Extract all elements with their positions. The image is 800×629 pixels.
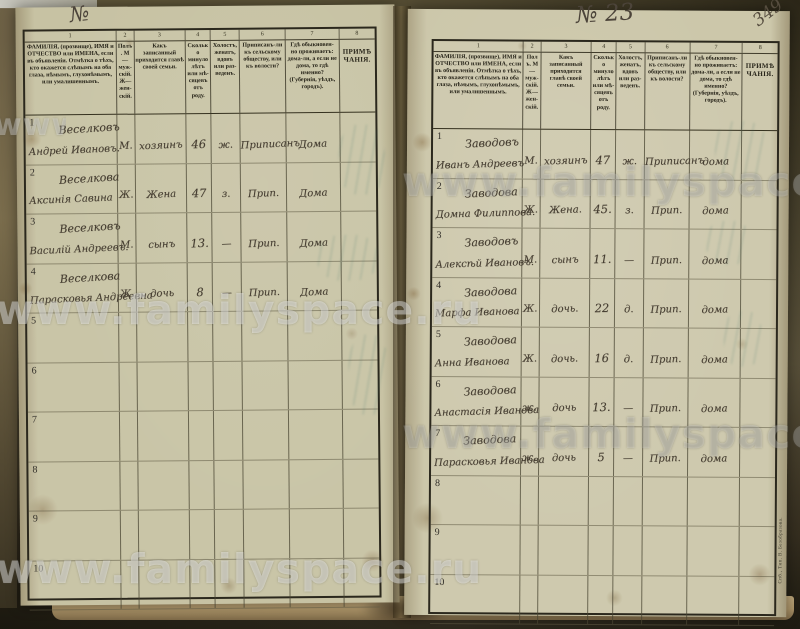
residence-cell bbox=[687, 477, 740, 526]
column-number: 1 bbox=[25, 31, 117, 42]
residence-cell bbox=[687, 576, 740, 625]
society-value bbox=[245, 595, 290, 597]
row-number: 4 bbox=[436, 280, 441, 291]
marital-cell: — bbox=[614, 378, 643, 427]
book-cover-edge bbox=[0, 8, 17, 608]
society-cell bbox=[242, 311, 288, 360]
marital-value bbox=[215, 496, 243, 497]
residence-value bbox=[290, 544, 342, 546]
book-photo: № 1 2 3 4 5 6 7 8 ФАМИЛІЯ, (прозвище), И… bbox=[0, 0, 800, 629]
society-value: Прип. bbox=[241, 188, 286, 201]
note-value bbox=[344, 544, 379, 546]
society-value: Прип. bbox=[643, 403, 687, 415]
name-cell: 5 Заводова Анна Иванова bbox=[432, 327, 523, 376]
sex-cell bbox=[521, 526, 538, 575]
sex-cell: Ж. bbox=[522, 328, 539, 377]
table-row: 5 bbox=[27, 311, 377, 364]
ledger-page-left: № 1 2 3 4 5 6 7 8 ФАМИЛІЯ, (прозвище), И… bbox=[15, 4, 399, 605]
table-row: 4 Заводова Марфа Иванова Ж. дочь. 22 д. … bbox=[432, 277, 776, 329]
row-number: 7 bbox=[435, 428, 440, 439]
residence-cell: дома bbox=[688, 428, 741, 477]
society-cell: Прип. bbox=[643, 427, 688, 476]
table-row: 7 Заводова Парасковья Иванова ж. дочь 5 … bbox=[431, 426, 775, 478]
marital-cell: д. bbox=[615, 279, 644, 328]
sex-cell bbox=[121, 560, 139, 609]
row-number: 9 bbox=[33, 513, 38, 524]
header-society: Приписанъ-ли къ сельскому обществу, или … bbox=[240, 40, 286, 112]
marital-value: з. bbox=[615, 205, 643, 217]
society-cell bbox=[642, 576, 687, 625]
relation-cell: сынъ bbox=[540, 229, 591, 278]
table-row: 10 bbox=[430, 574, 774, 626]
note-value bbox=[343, 445, 378, 447]
notes-cell bbox=[344, 558, 380, 607]
row-number: 5 bbox=[436, 329, 441, 340]
residence-value: дома bbox=[688, 452, 740, 464]
marital-cell: — bbox=[213, 262, 242, 311]
relation-cell bbox=[137, 411, 189, 460]
row-number: 3 bbox=[30, 217, 35, 228]
name-cell: 3 Веселковъ Василій Андреевъ. bbox=[26, 214, 118, 263]
relation-cell: дочь bbox=[136, 263, 188, 312]
age-cell: 8 bbox=[188, 262, 214, 311]
sex-cell bbox=[521, 476, 538, 525]
column-number: 5 bbox=[617, 42, 646, 52]
society-cell bbox=[642, 477, 687, 526]
name-cell: 7 Заводова Парасковья Иванова bbox=[431, 426, 522, 475]
name-cell: 8 bbox=[28, 461, 120, 510]
ink-bleed-through bbox=[715, 121, 767, 181]
given-name-handwriting: Анна Иванова bbox=[435, 356, 510, 369]
residence-cell bbox=[687, 527, 740, 576]
row-number: 7 bbox=[32, 414, 37, 425]
table-body-left: 1 Веселковъ Андрей Ивановъ. М. хозяинъ 4… bbox=[25, 113, 379, 611]
notes-cell bbox=[740, 428, 775, 477]
marital-cell bbox=[215, 559, 244, 608]
row-number: 1 bbox=[29, 118, 34, 129]
age-value: 47 bbox=[591, 152, 615, 167]
sex-value bbox=[120, 448, 136, 449]
residence-value: дома bbox=[689, 205, 741, 217]
marital-cell bbox=[613, 576, 642, 625]
ink-bleed-through bbox=[348, 334, 389, 414]
note-value bbox=[740, 513, 775, 514]
society-value bbox=[243, 347, 288, 349]
note-value bbox=[740, 464, 775, 465]
surname-handwriting: Заводова bbox=[463, 383, 517, 398]
census-table-left: 1 2 3 4 5 6 7 8 ФАМИЛІЯ, (прозвище), ИМЯ… bbox=[23, 27, 382, 601]
table-row: 6 bbox=[27, 360, 377, 413]
society-value bbox=[243, 397, 288, 399]
age-value: 8 bbox=[188, 285, 213, 300]
name-cell: 6 Заводова Анастасія Иванова bbox=[431, 376, 522, 425]
ink-bleed-through bbox=[724, 311, 762, 367]
column-number: 1 bbox=[434, 41, 525, 52]
row-number: 8 bbox=[435, 478, 440, 489]
relation-value: дочь bbox=[539, 452, 589, 464]
age-cell bbox=[588, 575, 613, 624]
printer-imprint: Спб., Тип. В. Безобразова. bbox=[778, 517, 783, 583]
age-value: 22 bbox=[590, 301, 614, 316]
relation-cell bbox=[538, 476, 589, 525]
note-value bbox=[742, 216, 777, 217]
residence-value bbox=[687, 513, 739, 514]
sex-value: М. bbox=[523, 254, 539, 265]
relation-cell: дочь. bbox=[539, 328, 590, 377]
society-cell bbox=[244, 559, 290, 608]
header-name: ФАМИЛІЯ, (прозвище), ИМЯ и ОТЧЕСТВО или … bbox=[433, 52, 524, 129]
header-notes: ПРИМѢЧАНІЯ. bbox=[339, 40, 375, 112]
sex-cell: Ж. bbox=[119, 263, 137, 312]
relation-cell: дочь bbox=[539, 427, 590, 476]
given-name-handwriting: Василій Андреевъ. bbox=[29, 241, 128, 256]
surname-handwriting: Заводовъ bbox=[465, 135, 519, 150]
name-cell: 10 bbox=[29, 560, 121, 609]
relation-value bbox=[137, 397, 187, 399]
marital-cell: ж. bbox=[616, 130, 645, 179]
sex-value: Ж. bbox=[522, 303, 538, 314]
sex-value: Ж. bbox=[118, 189, 135, 201]
age-value bbox=[191, 596, 215, 597]
notes-cell bbox=[343, 509, 379, 558]
column-number: 3 bbox=[541, 42, 592, 52]
age-value: 47 bbox=[187, 186, 212, 201]
age-cell: 11. bbox=[590, 229, 615, 278]
given-name-handwriting: Аксинія Савина bbox=[29, 192, 113, 207]
surname-handwriting: Веселкова bbox=[59, 269, 120, 286]
society-value: Приписанъ bbox=[241, 138, 286, 151]
header-society: Приписанъ-ли къ сельскому обществу, или … bbox=[645, 53, 691, 129]
age-cell bbox=[188, 361, 214, 410]
given-name-handwriting: Домна Филиппова. bbox=[435, 207, 535, 221]
age-value: 11. bbox=[590, 251, 614, 266]
age-cell bbox=[589, 526, 614, 575]
relation-value: сынъ bbox=[136, 238, 187, 251]
handwritten-folio-number: 349 bbox=[749, 0, 787, 31]
note-value bbox=[740, 563, 775, 564]
notes-cell bbox=[740, 477, 775, 526]
residence-value: дома bbox=[688, 403, 740, 415]
age-cell: 47 bbox=[591, 130, 616, 179]
name-cell: 10 bbox=[430, 574, 521, 623]
marital-value: з. bbox=[212, 188, 241, 200]
residence-cell bbox=[288, 311, 342, 360]
society-value: Прип. bbox=[241, 237, 286, 250]
notes-cell bbox=[742, 180, 777, 229]
age-cell: 22 bbox=[590, 278, 615, 327]
marital-value bbox=[216, 595, 244, 596]
age-value bbox=[190, 497, 214, 498]
society-cell: Прип. bbox=[241, 163, 287, 212]
age-value bbox=[190, 546, 214, 547]
society-value bbox=[642, 562, 686, 563]
given-name-handwriting: Алексѣй Ивановъ. bbox=[435, 256, 534, 270]
column-number: 8 bbox=[339, 29, 374, 39]
residence-value bbox=[289, 396, 341, 398]
name-cell: 6 bbox=[27, 362, 119, 411]
sex-cell: М. bbox=[523, 130, 540, 179]
row-number: 4 bbox=[31, 266, 36, 277]
residence-value bbox=[290, 495, 342, 497]
relation-value: хозяинъ bbox=[540, 155, 590, 167]
residence-value bbox=[687, 612, 739, 613]
name-cell: 1 Заводовъ Иванъ Андреевъ bbox=[433, 129, 524, 178]
relation-value bbox=[538, 562, 588, 563]
column-number: 3 bbox=[134, 30, 186, 40]
age-value: 46 bbox=[186, 136, 211, 151]
age-cell bbox=[589, 476, 614, 525]
surname-handwriting: Веселковъ bbox=[59, 219, 121, 236]
residence-value bbox=[687, 562, 739, 563]
sex-value: М. bbox=[118, 239, 135, 251]
relation-value bbox=[138, 496, 188, 498]
relation-value bbox=[139, 595, 189, 597]
header-name: ФАМИЛІЯ, (прозвище), ИМЯ и ОТЧЕСТВО или … bbox=[25, 42, 118, 115]
marital-cell: — bbox=[614, 427, 643, 476]
table-body-right: 1 Заводовъ Иванъ Андреевъ М. хозяинъ 47 … bbox=[430, 129, 777, 626]
age-cell: 45. bbox=[591, 179, 616, 228]
age-cell: 13. bbox=[187, 213, 213, 262]
sex-value: Ж. bbox=[522, 353, 538, 364]
society-cell bbox=[243, 361, 289, 410]
name-cell: 4 Веселкова Парасковья Андреевна bbox=[27, 263, 119, 312]
column-number: 7 bbox=[286, 29, 340, 39]
age-value: 16 bbox=[590, 350, 614, 365]
notes-cell bbox=[741, 378, 776, 427]
sex-value bbox=[121, 547, 137, 548]
sex-cell: Ж. bbox=[522, 278, 539, 327]
marital-cell: — bbox=[615, 229, 644, 278]
name-cell: 9 bbox=[29, 511, 121, 560]
marital-value: — bbox=[212, 238, 241, 250]
table-row: 6 Заводова Анастасія Иванова ж. дочь 13.… bbox=[431, 376, 775, 428]
residence-value: Дома bbox=[287, 187, 340, 200]
name-cell: 8 bbox=[431, 475, 522, 524]
notes-cell bbox=[343, 459, 379, 508]
sex-value: Ж. bbox=[119, 288, 136, 300]
note-value bbox=[343, 495, 378, 497]
relation-cell bbox=[137, 312, 189, 361]
society-value bbox=[243, 446, 288, 448]
age-value bbox=[188, 348, 212, 349]
ink-bleed-through bbox=[338, 124, 385, 194]
society-cell: Прип. bbox=[644, 180, 689, 229]
society-value bbox=[642, 612, 686, 613]
age-cell bbox=[189, 460, 215, 509]
name-cell: 2 Веселкова Аксинія Савина bbox=[26, 164, 118, 213]
society-value bbox=[642, 513, 686, 514]
sex-cell bbox=[119, 313, 137, 362]
sex-cell bbox=[120, 461, 138, 510]
relation-cell: дочь. bbox=[540, 278, 591, 327]
marital-value bbox=[214, 397, 242, 398]
marital-value: д. bbox=[615, 304, 643, 316]
sex-cell: ж. bbox=[522, 377, 539, 426]
sex-cell bbox=[521, 575, 538, 624]
relation-cell: хозяинъ bbox=[540, 130, 591, 179]
age-value: 13. bbox=[187, 235, 212, 250]
marital-cell bbox=[214, 361, 243, 410]
society-cell bbox=[243, 410, 289, 459]
age-cell: 16 bbox=[590, 328, 615, 377]
marital-cell bbox=[215, 460, 244, 509]
relation-cell bbox=[538, 526, 589, 575]
marital-value bbox=[613, 562, 641, 563]
society-value: Прип. bbox=[642, 452, 686, 464]
marital-value: — bbox=[614, 403, 642, 415]
row-number: 8 bbox=[32, 464, 37, 475]
age-cell: 5 bbox=[589, 427, 614, 476]
header-row: ФАМИЛІЯ, (прозвище), ИМЯ и ОТЧЕСТВО или … bbox=[433, 52, 777, 131]
society-cell bbox=[642, 526, 687, 575]
row-number: 3 bbox=[436, 230, 441, 241]
header-sex: Полъ. М—муж- скій. Ж—жен- скій. bbox=[117, 42, 135, 114]
surname-handwriting: Заводова bbox=[464, 333, 518, 348]
header-marital: Холостъ, женатъ, вдовъ или раз- веденъ. bbox=[211, 41, 241, 113]
marital-value bbox=[214, 348, 242, 349]
surname-handwriting: Заводова bbox=[465, 185, 519, 200]
sex-cell: М. bbox=[523, 229, 540, 278]
marital-cell bbox=[213, 312, 242, 361]
relation-value bbox=[538, 512, 588, 513]
age-value bbox=[189, 447, 213, 448]
residence-cell: Дома bbox=[286, 113, 340, 162]
header-relation: Какъ записанный приходится главѣ своей с… bbox=[541, 53, 592, 129]
society-cell bbox=[244, 509, 290, 558]
residence-cell bbox=[290, 558, 344, 607]
sex-value: ж. bbox=[522, 402, 538, 413]
residence-value bbox=[289, 445, 341, 447]
note-value bbox=[344, 594, 379, 596]
society-value: Приписанъ bbox=[644, 155, 688, 167]
table-row: 8 bbox=[431, 475, 775, 527]
column-number: 2 bbox=[524, 42, 541, 52]
relation-cell: сынъ bbox=[136, 213, 188, 262]
sex-value bbox=[119, 349, 135, 350]
row-number: 10 bbox=[434, 577, 444, 588]
column-number: 6 bbox=[240, 29, 286, 39]
sex-value: М. bbox=[523, 155, 539, 166]
relation-value: дочь bbox=[136, 287, 187, 300]
marital-cell bbox=[215, 510, 244, 559]
residence-value bbox=[288, 346, 340, 348]
handwritten-page-number-left: № bbox=[68, 1, 90, 27]
name-cell: 2 Заводова Домна Филиппова. bbox=[433, 178, 524, 227]
header-sex: Полъ. М—муж- скій. Ж—жен- скій. bbox=[524, 53, 542, 129]
marital-cell: з. bbox=[212, 163, 241, 212]
given-name-handwriting: Марфа Иванова bbox=[435, 306, 520, 319]
society-value: Прип. bbox=[242, 287, 287, 300]
header-row: ФАМИЛІЯ, (прозвище), ИМЯ и ОТЧЕСТВО или … bbox=[25, 40, 376, 116]
marital-cell: д. bbox=[615, 328, 644, 377]
name-cell: 5 bbox=[27, 313, 119, 362]
table-row: 1 Веселковъ Андрей Ивановъ. М. хозяинъ 4… bbox=[25, 113, 375, 166]
society-cell bbox=[244, 460, 290, 509]
age-cell: 46 bbox=[186, 114, 212, 163]
column-number: 6 bbox=[645, 42, 690, 52]
age-value bbox=[589, 562, 613, 563]
name-cell: 1 Веселковъ Андрей Ивановъ. bbox=[25, 115, 117, 164]
marital-value: — bbox=[615, 254, 643, 266]
handwritten-page-number-right: № 23 bbox=[575, 0, 635, 29]
society-value: Прип. bbox=[643, 304, 687, 316]
row-number: 6 bbox=[32, 365, 37, 376]
note-value bbox=[741, 414, 776, 415]
surname-handwriting: Веселкова bbox=[58, 170, 119, 187]
row-number: 2 bbox=[30, 167, 35, 178]
marital-value: — bbox=[213, 287, 242, 299]
sex-cell: Ж. bbox=[523, 179, 540, 228]
marital-value: ж. bbox=[616, 155, 644, 167]
marital-value: — bbox=[614, 452, 642, 464]
relation-cell bbox=[139, 560, 191, 609]
relation-cell bbox=[137, 362, 189, 411]
header-residence: Гдѣ обыкновен- но проживаетъ: дома-ли, а… bbox=[690, 54, 743, 130]
relation-value: сынъ bbox=[540, 254, 590, 266]
name-cell: 9 bbox=[430, 525, 521, 574]
notes-cell bbox=[343, 410, 379, 459]
name-cell: 3 Заводовъ Алексѣй Ивановъ. bbox=[432, 228, 523, 277]
age-value bbox=[189, 398, 213, 399]
table-row: 7 bbox=[28, 410, 378, 463]
sex-value bbox=[120, 398, 136, 399]
society-cell: Прип. bbox=[643, 378, 688, 427]
surname-handwriting: Веселковъ bbox=[58, 120, 120, 137]
table-row: 10 bbox=[29, 558, 379, 611]
age-cell: 47 bbox=[187, 163, 213, 212]
age-value: 5 bbox=[589, 449, 613, 464]
society-value: Прип. bbox=[644, 205, 688, 217]
relation-cell bbox=[138, 510, 190, 559]
residence-value bbox=[291, 594, 343, 596]
sex-cell: Ж. bbox=[118, 164, 136, 213]
society-cell: Прип. bbox=[643, 279, 688, 328]
society-value: Прип. bbox=[643, 353, 687, 365]
header-relation: Какъ записанный приходится главѣ своей с… bbox=[134, 41, 186, 113]
notes-cell bbox=[739, 576, 774, 625]
column-number: 7 bbox=[690, 43, 743, 53]
relation-value bbox=[139, 546, 189, 548]
marital-value bbox=[215, 546, 243, 547]
residence-cell bbox=[290, 509, 344, 558]
marital-cell bbox=[613, 526, 642, 575]
marital-value bbox=[613, 612, 641, 613]
given-name-handwriting: Андрей Ивановъ. bbox=[28, 143, 120, 158]
residence-cell bbox=[289, 459, 343, 508]
row-number: 6 bbox=[436, 379, 441, 390]
age-value bbox=[588, 612, 612, 613]
residence-cell: Дома bbox=[287, 162, 341, 211]
society-cell: Приписанъ bbox=[644, 130, 689, 179]
residence-value: Дома bbox=[288, 286, 341, 299]
society-cell: Приписанъ bbox=[241, 113, 287, 162]
residence-cell bbox=[289, 410, 343, 459]
age-cell bbox=[188, 312, 214, 361]
note-value bbox=[739, 612, 774, 613]
given-name-handwriting: Иванъ Андреевъ bbox=[436, 158, 524, 172]
column-number: 4 bbox=[592, 42, 617, 52]
column-number: 5 bbox=[211, 30, 240, 40]
ink-bleed-through bbox=[317, 235, 377, 282]
relation-cell bbox=[138, 461, 190, 510]
surname-handwriting: Заводова bbox=[463, 432, 517, 447]
relation-value: дочь bbox=[539, 402, 589, 414]
header-notes: ПРИМѢЧАНІЯ. bbox=[742, 54, 777, 130]
table-row: 9 bbox=[430, 525, 774, 577]
society-cell: Прип. bbox=[643, 328, 688, 377]
sex-value: Ж. bbox=[523, 204, 539, 215]
table-row: 8 bbox=[28, 459, 378, 512]
